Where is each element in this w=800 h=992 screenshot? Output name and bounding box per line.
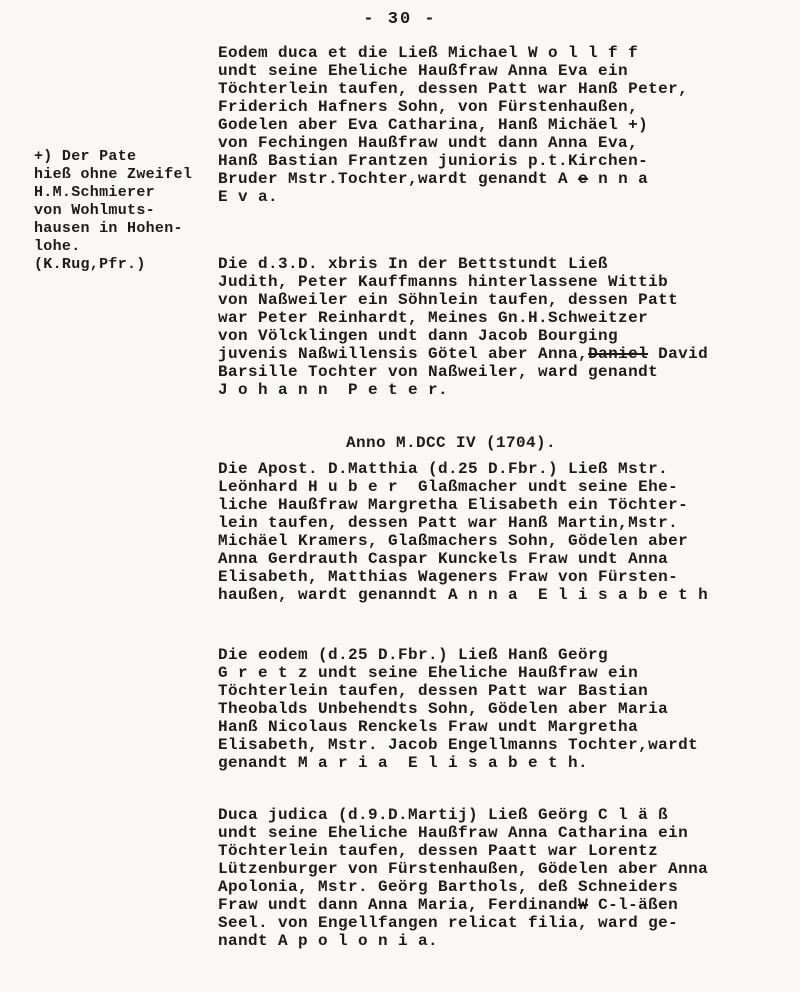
entry-paragraph: Die eodem (d.25 D.Fbr.) Ließ Hanß GeörgG…: [218, 646, 796, 772]
text-line: juvenis Naßwillensis Götel aber Anna,Dan…: [218, 345, 796, 363]
text-line: Michäel Kramers, Glaßmachers Sohn, Gödel…: [218, 532, 796, 550]
text-line: E v a.: [218, 188, 796, 206]
document-body: Eodem duca et die Ließ Michael W o l l f…: [218, 44, 796, 950]
text-line: Die d.3.D. xbris In der Bettstundt Ließ: [218, 255, 796, 273]
text-line: Leönhard H u b e r Glaßmacher undt seine…: [218, 478, 796, 496]
text-line: von Völcklingen undt dann Jacob Bourging: [218, 327, 796, 345]
scanned-page: - 30 - +) Der Patehieß ohne ZweifelH.M.S…: [0, 0, 800, 992]
text-line: haußen, wardt genanndt A n n a E l i s a…: [218, 586, 796, 604]
text-line: Lützenburger von Fürstenhaußen, Gödelen …: [218, 860, 796, 878]
margin-note-line: +) Der Pate: [34, 148, 229, 166]
margin-note-line: lohe.: [34, 238, 229, 256]
text-line: Friderich Hafners Sohn, von Fürstenhauße…: [218, 98, 796, 116]
text-line: G r e t z undt seine Eheliche Haußfraw e…: [218, 664, 796, 682]
margin-note-line: H.M.Schmierer: [34, 184, 229, 202]
margin-note-line: (K.Rug,Pfr.): [34, 256, 229, 274]
text-line: Godelen aber Eva Catharina, Hanß Michäel…: [218, 116, 796, 134]
text-line: genandt M a r i a E l i s a b e t h.: [218, 754, 796, 772]
text-line: von Naßweiler ein Söhnlein taufen, desse…: [218, 291, 796, 309]
entry-paragraph: Duca judica (d.9.D.Martij) Ließ Geörg C …: [218, 806, 796, 950]
text-line: nandt A p o l o n i a.: [218, 932, 796, 950]
entry-paragraph: Die d.3.D. xbris In der Bettstundt LießJ…: [218, 255, 796, 399]
text-line: Anna Gerdrauth Caspar Kunckels Fraw undt…: [218, 550, 796, 568]
margin-note: +) Der Patehieß ohne ZweifelH.M.Schmiere…: [34, 148, 229, 274]
text-line: Judith, Peter Kauffmanns hinterlassene W…: [218, 273, 796, 291]
text-line: von Fechingen Haußfraw undt dann Anna Ev…: [218, 134, 796, 152]
entry-paragraph: Die Apost. D.Matthia (d.25 D.Fbr.) Ließ …: [218, 460, 796, 604]
text-line: liche Haußfraw Margretha Elisabeth ein T…: [218, 496, 796, 514]
text-line: Duca judica (d.9.D.Martij) Ließ Geörg C …: [218, 806, 796, 824]
text-line: Töchterlein taufen, dessen Patt war Hanß…: [218, 80, 796, 98]
page-number: - 30 -: [0, 10, 800, 29]
text-line: Bruder Mstr.Tochter,wardt genandt A e n …: [218, 170, 796, 188]
text-line: Elisabeth, Mstr. Jacob Engellmanns Tocht…: [218, 736, 796, 754]
text-line: Apolonia, Mstr. Geörg Barthols, deß Schn…: [218, 878, 796, 896]
text-line: J o h a n n P e t e r.: [218, 381, 796, 399]
margin-note-line: von Wohlmuts-: [34, 202, 229, 220]
text-line: Elisabeth, Matthias Wageners Fraw von Fü…: [218, 568, 796, 586]
text-line: Töchterlein taufen, dessen Patt war Bast…: [218, 682, 796, 700]
text-line: Seel. von Engellfangen relicat filia, wa…: [218, 914, 796, 932]
text-line: Theobalds Unbehendts Sohn, Gödelen aber …: [218, 700, 796, 718]
entry-paragraph: Eodem duca et die Ließ Michael W o l l f…: [218, 44, 796, 206]
text-line: Die Apost. D.Matthia (d.25 D.Fbr.) Ließ …: [218, 460, 796, 478]
text-line: Eodem duca et die Ließ Michael W o l l f…: [218, 44, 796, 62]
text-line: Hanß Nicolaus Renckels Fraw undt Margret…: [218, 718, 796, 736]
text-line: Hanß Bastian Frantzen junioris p.t.Kirch…: [218, 152, 796, 170]
text-line: war Peter Reinhardt, Meines Gn.H.Schweit…: [218, 309, 796, 327]
text-line: Die eodem (d.25 D.Fbr.) Ließ Hanß Geörg: [218, 646, 796, 664]
text-line: Töchterlein taufen, dessen Paatt war Lor…: [218, 842, 796, 860]
margin-note-line: hausen in Hohen-: [34, 220, 229, 238]
text-line: Fraw undt dann Anna Maria, FerdinandW C-…: [218, 896, 796, 914]
margin-note-line: hieß ohne Zweifel: [34, 166, 229, 184]
text-line: undt seine Eheliche Haußfraw Anna Cathar…: [218, 824, 796, 842]
text-line: Barsille Tochter von Naßweiler, ward gen…: [218, 363, 796, 381]
heading-text: Anno M.DCC IV (1704).: [346, 434, 556, 452]
text-line: undt seine Eheliche Haußfraw Anna Eva ei…: [218, 62, 796, 80]
text-line: lein taufen, dessen Patt war Hanß Martin…: [218, 514, 796, 532]
section-heading: Anno M.DCC IV (1704).: [218, 434, 796, 452]
